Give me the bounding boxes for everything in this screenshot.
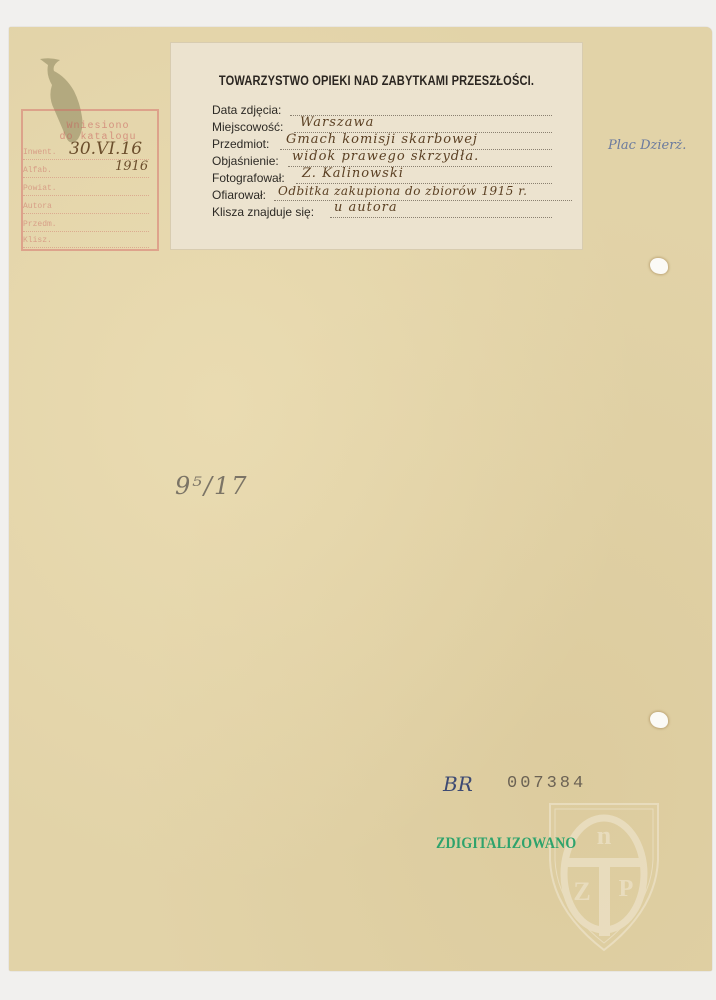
field-value: Gmach komisji skarbowej [286, 131, 478, 149]
stamp-handwritten-year: 1916 [115, 159, 148, 174]
field-label: Miejscowość: [212, 118, 283, 136]
field-photo-date: Data zdjęcia: [212, 101, 552, 119]
margin-note: Plac Dzierż. [608, 138, 686, 153]
stamp-row: Powiat. [23, 184, 149, 196]
field-value: Z. Kalinowski [302, 165, 404, 183]
label-title: TOWARZYSTWO OPIEKI NAD ZABYTKAMI PRZESZŁ… [208, 73, 545, 88]
br-mark: BR [443, 772, 473, 796]
stamp-row: Klisz. [23, 236, 149, 248]
stamp-row: Przedm. [23, 220, 149, 232]
punch-hole [650, 258, 668, 274]
stamp-handwritten-date: 30.VI.16 [69, 139, 142, 159]
archive-card: Wniesiono do katalogu Inwent. Alfab. Pow… [9, 27, 712, 971]
punch-hole [650, 712, 668, 728]
svg-text:Z: Z [573, 877, 590, 906]
catalog-stamp: Wniesiono do katalogu Inwent. Alfab. Pow… [21, 109, 159, 251]
pencil-number: 9⁵/17 [175, 472, 249, 500]
watermark-crest-icon: n Z P [546, 800, 662, 952]
svg-text:n: n [597, 821, 612, 850]
field-label: Data zdjęcia: [212, 101, 281, 119]
field-label: Objaśnienie: [212, 152, 279, 170]
digitized-stamp: ZDIGITALIZOWANO [436, 835, 576, 853]
field-value: Warszawa [300, 114, 374, 132]
field-label: Przedmiot: [212, 135, 269, 153]
field-value: widok prawego skrzydła. [292, 148, 479, 166]
stamp-title-line1: Wniesiono [43, 121, 153, 132]
svg-text:P: P [619, 876, 634, 902]
field-label: Ofiarował: [212, 186, 266, 204]
field-label: Klisza znajduje się: [212, 203, 314, 221]
field-value: Odbitka zakupiona do zbiorów 1915 r. [278, 182, 527, 200]
field-negative-location: Klisza znajduje się: u autora [212, 203, 552, 221]
field-value: u autora [334, 199, 398, 217]
stamp-row: Autora [23, 202, 149, 214]
field-label: Fotografował: [212, 169, 285, 187]
society-label: TOWARZYSTWO OPIEKI NAD ZABYTKAMI PRZESZŁ… [170, 42, 583, 250]
serial-number: 007384 [507, 774, 586, 793]
